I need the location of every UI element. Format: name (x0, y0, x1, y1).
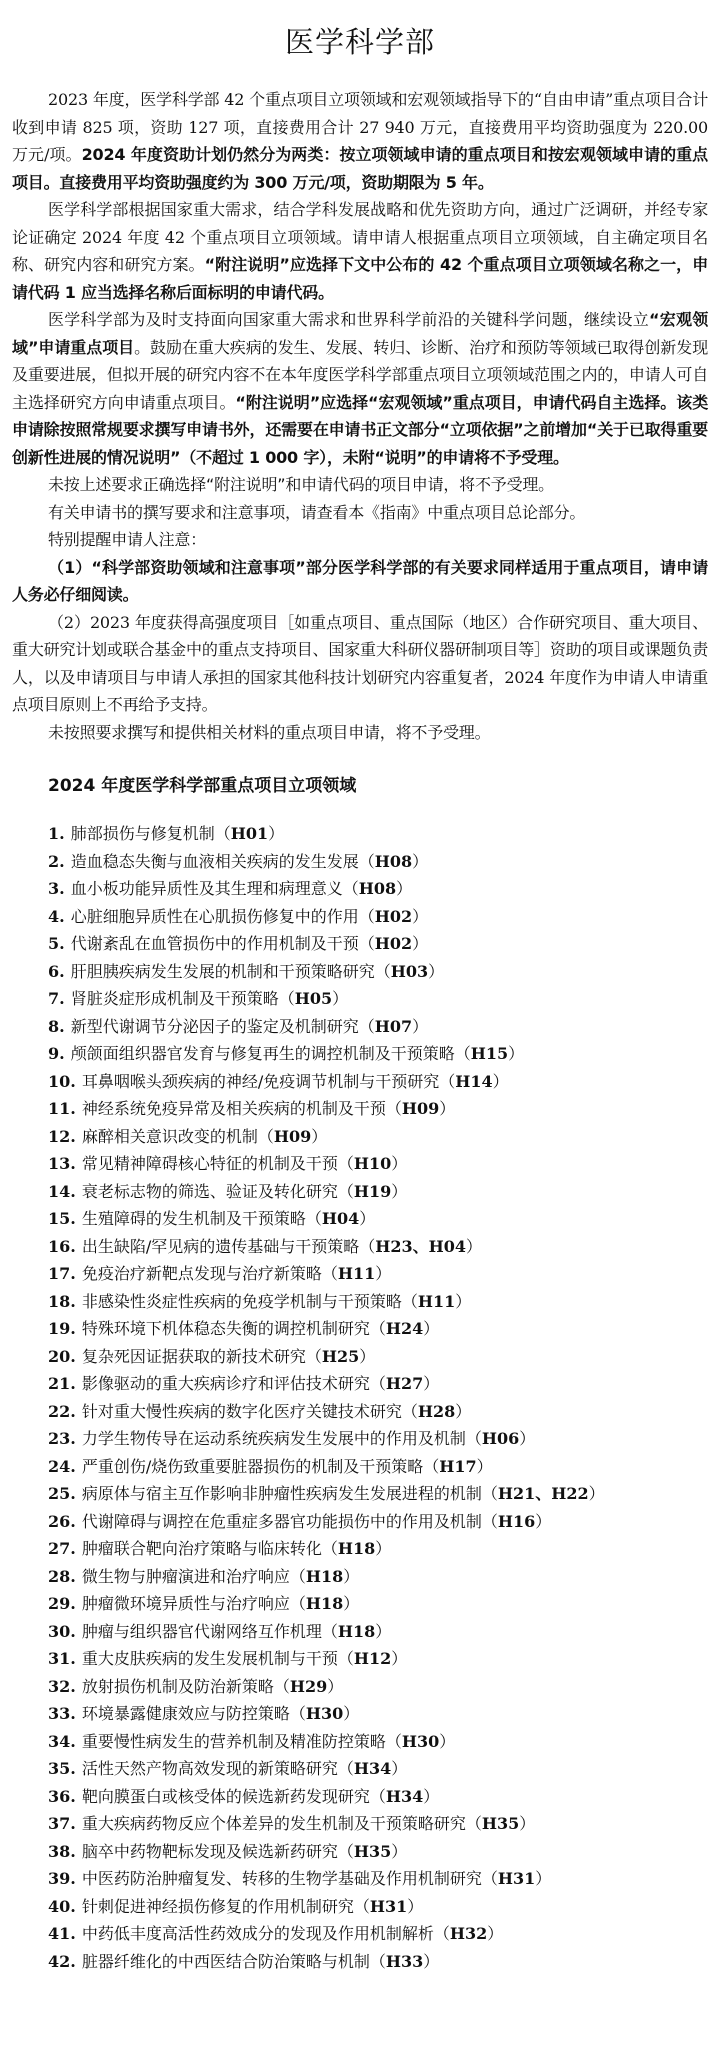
research-area-item: 26.代谢障碍与调控在危重症多器官功能损伤中的作用及机制（H16） (48, 1508, 708, 1536)
area-number: 38. (48, 1838, 76, 1866)
code-close-paren: ） (428, 962, 444, 981)
area-number: 22. (48, 1398, 76, 1426)
code-close-paren: ） (343, 1567, 359, 1586)
application-code: H28 (418, 1402, 455, 1421)
application-code: H34 (354, 1759, 391, 1778)
research-area-item: 19.特殊环境下机体稳态失衡的调控机制研究（H24） (48, 1315, 708, 1343)
application-code: H24 (386, 1319, 423, 1338)
application-code: H09 (402, 1099, 439, 1118)
reminder-item-1: （1）“科学部资助领域和注意事项”部分医学科学部的有关要求同样适用于重点项目，请… (12, 554, 708, 609)
code-close-paren: ） (391, 1182, 407, 1201)
code-open-paren: （ (258, 1127, 274, 1146)
code-open-paren: （ (482, 1484, 498, 1503)
application-code: H18 (338, 1622, 375, 1641)
area-name: 衰老标志物的筛选、验证及转化研究 (82, 1182, 338, 1201)
research-area-item: 27.肿瘤联合靶向治疗策略与临床转化（H18） (48, 1535, 708, 1563)
research-area-item: 4.心脏细胞异质性在心肌损伤修复中的作用（H02） (48, 903, 708, 931)
code-open-paren: （ (402, 1292, 418, 1311)
code-close-paren: ） (508, 1044, 524, 1063)
application-code: H21、H22 (498, 1484, 589, 1503)
notice-writing-requirements: 有关申请书的撰写要求和注意事项，请查看本《指南》中重点项目总论部分。 (12, 499, 708, 527)
area-number: 19. (48, 1315, 76, 1343)
area-name: 复杂死因证据获取的新技术研究 (82, 1347, 306, 1366)
research-area-item: 31.重大皮肤疾病的发生发展机制与干预（H12） (48, 1645, 708, 1673)
code-open-paren: （ (370, 1787, 386, 1806)
area-number: 5. (48, 930, 65, 958)
area-name: 血小板功能异质性及其生理和病理意义 (71, 879, 343, 898)
code-close-paren: ） (412, 907, 428, 926)
application-code: H18 (306, 1594, 343, 1613)
area-number: 23. (48, 1425, 76, 1453)
application-code: H11 (418, 1292, 455, 1311)
area-name: 出生缺陷/罕见病的遗传基础与干预策略 (82, 1237, 359, 1256)
application-code: H34 (386, 1787, 423, 1806)
code-close-paren: ） (455, 1402, 471, 1421)
area-name: 非感染性炎症性疾病的免疫学机制与干预策略 (82, 1292, 402, 1311)
area-number: 28. (48, 1563, 76, 1591)
area-name: 代谢紊乱在血管损伤中的作用机制及干预 (71, 934, 359, 953)
research-area-item: 14.衰老标志物的筛选、验证及转化研究（H19） (48, 1178, 708, 1206)
area-number: 24. (48, 1453, 76, 1481)
code-open-paren: （ (370, 1374, 386, 1393)
area-name: 特殊环境下机体稳态失衡的调控机制研究 (82, 1319, 370, 1338)
intro-paragraph-areas: 医学科学部根据国家重大需求，结合学科发展战略和优先资助方向，通过广泛调研，并经专… (12, 196, 708, 306)
area-number: 42. (48, 1948, 76, 1976)
code-close-paren: ） (535, 1869, 551, 1888)
area-number: 14. (48, 1178, 76, 1206)
code-close-paren: ） (535, 1512, 551, 1531)
code-close-paren: ） (423, 1374, 439, 1393)
code-open-paren: （ (338, 1649, 354, 1668)
area-name: 中药低丰度高活性药效成分的发现及作用机制解析 (82, 1924, 434, 1943)
code-open-paren: （ (338, 1759, 354, 1778)
intro-paragraph-funding-stats: 2023 年度，医学科学部 42 个重点项目立项领域和宏观领域指导下的“自由申请… (12, 86, 708, 196)
area-number: 8. (48, 1013, 65, 1041)
code-close-paren: ） (439, 1099, 455, 1118)
code-close-paren: ） (268, 824, 284, 843)
research-area-item: 15.生殖障碍的发生机制及干预策略（H04） (48, 1205, 708, 1233)
area-number: 37. (48, 1810, 76, 1838)
code-close-paren: ） (332, 989, 348, 1008)
code-close-paren: ） (375, 1539, 391, 1558)
code-close-paren: ） (396, 879, 412, 898)
research-area-item: 20.复杂死因证据获取的新技术研究（H25） (48, 1343, 708, 1371)
area-number: 34. (48, 1728, 76, 1756)
application-code: H05 (295, 989, 332, 1008)
code-open-paren: （ (370, 1319, 386, 1338)
code-open-paren: （ (354, 1897, 370, 1916)
area-number: 17. (48, 1260, 76, 1288)
area-name: 活性天然产物高效发现的新策略研究 (82, 1759, 338, 1778)
research-area-item: 3.血小板功能异质性及其生理和病理意义（H08） (48, 875, 708, 903)
code-close-paren: ） (311, 1127, 327, 1146)
code-close-paren: ） (412, 852, 428, 871)
research-area-item: 33.环境暴露健康效应与防控策略（H30） (48, 1700, 708, 1728)
code-open-paren: （ (439, 1072, 455, 1091)
area-name: 肾脏炎症形成机制及干预策略 (71, 989, 279, 1008)
research-area-item: 29.肿瘤微环境异质性与治疗响应（H18） (48, 1590, 708, 1618)
area-number: 9. (48, 1040, 65, 1068)
code-open-paren: （ (290, 1567, 306, 1586)
code-close-paren: ） (589, 1484, 605, 1503)
research-area-item: 30.肿瘤与组织器官代谢网络互作机理（H18） (48, 1618, 708, 1646)
area-number: 11. (48, 1095, 76, 1123)
area-number: 25. (48, 1480, 76, 1508)
code-open-paren: （ (402, 1402, 418, 1421)
application-code: H18 (338, 1539, 375, 1558)
area-number: 12. (48, 1123, 76, 1151)
area-number: 18. (48, 1288, 76, 1316)
research-area-item: 38.脑卒中药物靶标发现及候选新药研究（H35） (48, 1838, 708, 1866)
research-area-item: 6.肝胆胰疾病发生发展的机制和干预策略研究（H03） (48, 958, 708, 986)
code-open-paren: （ (290, 1704, 306, 1723)
final-notice: 未按照要求撰写和提供相关材料的重点项目申请，将不予受理。 (12, 719, 708, 747)
area-number: 10. (48, 1068, 76, 1096)
code-open-paren: （ (322, 1539, 338, 1558)
application-code: H30 (402, 1732, 439, 1751)
area-number: 41. (48, 1920, 76, 1948)
application-code: H35 (354, 1842, 391, 1861)
area-number: 29. (48, 1590, 76, 1618)
area-number: 32. (48, 1673, 76, 1701)
area-name: 病原体与宿主互作影响非肿瘤性疾病发生发展进程的机制 (82, 1484, 482, 1503)
research-area-item: 21.影像驱动的重大疾病诊疗和评估技术研究（H27） (48, 1370, 708, 1398)
research-area-item: 7.肾脏炎症形成机制及干预策略（H05） (48, 985, 708, 1013)
code-close-paren: ） (412, 1017, 428, 1036)
application-code: H10 (354, 1154, 391, 1173)
research-area-item: 36.靶向膜蛋白或核受体的候选新药发现研究（H34） (48, 1783, 708, 1811)
code-close-paren: ） (327, 1677, 343, 1696)
area-number: 16. (48, 1233, 76, 1261)
area-number: 13. (48, 1150, 76, 1178)
area-name: 中医药防治肿瘤复发、转移的生物学基础及作用机制研究 (82, 1869, 482, 1888)
code-open-paren: （ (359, 907, 375, 926)
application-code: H09 (274, 1127, 311, 1146)
research-area-item: 10.耳鼻咽喉头颈疾病的神经/免疫调节机制与干预研究（H14） (48, 1068, 708, 1096)
research-area-item: 8.新型代谢调节分泌因子的鉴定及机制研究（H07） (48, 1013, 708, 1041)
area-name: 脏器纤维化的中西医结合防治策略与机制 (82, 1952, 370, 1971)
research-area-item: 35.活性天然产物高效发现的新策略研究（H34） (48, 1755, 708, 1783)
area-number: 27. (48, 1535, 76, 1563)
application-code: H01 (231, 824, 268, 843)
code-open-paren: （ (306, 1347, 322, 1366)
funding-plan-2024-text: 2024 年度资助计划仍然分为两类：按立项领域申请的重点项目和按宏观领域申请的重… (12, 145, 708, 192)
macro-field-lead-text: 医学科学部为及时支持面向国家重大需求和世界科学前沿的关键科学问题，继续设立 (48, 310, 649, 329)
code-open-paren: （ (482, 1512, 498, 1531)
application-code: H33 (386, 1952, 423, 1971)
area-name: 耳鼻咽喉头颈疾病的神经/免疫调节机制与干预研究 (82, 1072, 439, 1091)
area-number: 15. (48, 1205, 76, 1233)
area-name: 常见精神障碍核心特征的机制及干预 (82, 1154, 338, 1173)
application-code: H08 (359, 879, 396, 898)
code-close-paren: ） (343, 1704, 359, 1723)
area-name: 肝胆胰疾病发生发展的机制和干预策略研究 (71, 962, 375, 981)
code-open-paren: （ (338, 1842, 354, 1861)
research-area-item: 5.代谢紊乱在血管损伤中的作用机制及干预（H02） (48, 930, 708, 958)
code-open-paren: （ (455, 1044, 471, 1063)
code-close-paren: ） (423, 1319, 439, 1338)
area-name: 心脏细胞异质性在心肌损伤修复中的作用 (71, 907, 359, 926)
area-name: 免疫治疗新靶点发现与治疗新策略 (82, 1264, 322, 1283)
area-name: 造血稳态失衡与血液相关疾病的发生发展 (71, 852, 359, 871)
area-number: 39. (48, 1865, 76, 1893)
code-close-paren: ） (519, 1429, 535, 1448)
document-page: 医学科学部 2023 年度，医学科学部 42 个重点项目立项领域和宏观领域指导下… (0, 0, 720, 2050)
application-code: H04 (322, 1209, 359, 1228)
area-number: 26. (48, 1508, 76, 1536)
application-code: H14 (455, 1072, 492, 1091)
application-code: H02 (375, 907, 412, 926)
application-code: H03 (391, 962, 428, 981)
application-code: H18 (306, 1567, 343, 1586)
research-area-item: 34.重要慢性病发生的营养机制及精准防控策略（H30） (48, 1728, 708, 1756)
application-code: H23、H04 (375, 1237, 466, 1256)
code-close-paren: ） (423, 1952, 439, 1971)
code-open-paren: （ (322, 1622, 338, 1641)
area-number: 7. (48, 985, 65, 1013)
area-name: 靶向膜蛋白或核受体的候选新药发现研究 (82, 1787, 370, 1806)
research-area-item: 25.病原体与宿主互作影响非肿瘤性疾病发生发展进程的机制（H21、H22） (48, 1480, 708, 1508)
code-open-paren: （ (482, 1869, 498, 1888)
application-code: H11 (338, 1264, 375, 1283)
code-open-paren: （ (359, 934, 375, 953)
area-name: 重大疾病药物反应个体差异的发生机制及干预策略研究 (82, 1814, 466, 1833)
code-open-paren: （ (306, 1209, 322, 1228)
code-close-paren: ） (493, 1072, 509, 1091)
area-number: 3. (48, 875, 65, 903)
notice-special-reminder: 特别提醒申请人注意： (12, 526, 708, 554)
area-number: 2. (48, 848, 65, 876)
code-open-paren: （ (370, 1952, 386, 1971)
area-name: 影像驱动的重大疾病诊疗和评估技术研究 (82, 1374, 370, 1393)
area-name: 微生物与肿瘤演进和治疗响应 (82, 1567, 290, 1586)
code-close-paren: ） (359, 1347, 375, 1366)
area-name: 肿瘤微环境异质性与治疗响应 (82, 1594, 290, 1613)
application-code: H15 (471, 1044, 508, 1063)
code-open-paren: （ (466, 1814, 482, 1833)
area-number: 4. (48, 903, 65, 931)
application-code: H17 (439, 1457, 476, 1476)
area-number: 6. (48, 958, 65, 986)
code-open-paren: （ (359, 852, 375, 871)
application-code: H02 (375, 934, 412, 953)
area-name: 严重创伤/烧伤致重要脏器损伤的机制及干预策略 (82, 1457, 423, 1476)
application-code: H30 (306, 1704, 343, 1723)
application-code: H08 (375, 852, 412, 871)
research-areas-list: 1.肺部损伤与修复机制（H01）2.造血稳态失衡与血液相关疾病的发生发展（H08… (48, 820, 708, 1975)
code-open-paren: （ (434, 1924, 450, 1943)
area-name: 代谢障碍与调控在危重症多器官功能损伤中的作用及机制 (82, 1512, 482, 1531)
area-number: 36. (48, 1783, 76, 1811)
application-code: H07 (375, 1017, 412, 1036)
research-area-item: 2.造血稳态失衡与血液相关疾病的发生发展（H08） (48, 848, 708, 876)
application-code: H31 (498, 1869, 535, 1888)
code-open-paren: （ (274, 1677, 290, 1696)
research-area-item: 23.力学生物传导在运动系统疾病发生发展中的作用及机制（H06） (48, 1425, 708, 1453)
page-title: 医学科学部 (12, 22, 708, 62)
area-name: 神经系统免疫异常及相关疾病的机制及干预 (82, 1099, 386, 1118)
code-open-paren: （ (338, 1154, 354, 1173)
reminder-item-2: （2）2023 年度获得高强度项目［如重点项目、重点国际（地区）合作研究项目、重… (12, 609, 708, 719)
code-close-paren: ） (487, 1924, 503, 1943)
code-close-paren: ） (391, 1842, 407, 1861)
area-name: 肿瘤与组织器官代谢网络互作机理 (82, 1622, 322, 1641)
code-close-paren: ） (391, 1759, 407, 1778)
research-area-item: 42.脏器纤维化的中西医结合防治策略与机制（H33） (48, 1948, 708, 1976)
area-name: 重要慢性病发生的营养机制及精准防控策略 (82, 1732, 386, 1751)
areas-section-heading: 2024 年度医学科学部重点项目立项领域 (48, 772, 708, 800)
research-area-item: 40.针刺促进神经损伤修复的作用机制研究（H31） (48, 1893, 708, 1921)
area-name: 新型代谢调节分泌因子的鉴定及机制研究 (71, 1017, 359, 1036)
application-code: H25 (322, 1347, 359, 1366)
notice-incorrect-selection: 未按上述要求正确选择“附注说明”和申请代码的项目申请，将不予受理。 (12, 471, 708, 499)
code-open-paren: （ (359, 1237, 375, 1256)
code-close-paren: ） (466, 1237, 482, 1256)
research-area-item: 41.中药低丰度高活性药效成分的发现及作用机制解析（H32） (48, 1920, 708, 1948)
code-open-paren: （ (466, 1429, 482, 1448)
area-name: 生殖障碍的发生机制及干预策略 (82, 1209, 306, 1228)
code-close-paren: ） (439, 1732, 455, 1751)
application-code: H31 (370, 1897, 407, 1916)
research-area-item: 13.常见精神障碍核心特征的机制及干预（H10） (48, 1150, 708, 1178)
research-area-item: 17.免疫治疗新靶点发现与治疗新策略（H11） (48, 1260, 708, 1288)
area-number: 1. (48, 820, 65, 848)
research-area-item: 22.针对重大慢性疾病的数字化医疗关键技术研究（H28） (48, 1398, 708, 1426)
code-close-paren: ） (423, 1787, 439, 1806)
code-close-paren: ） (375, 1264, 391, 1283)
area-number: 30. (48, 1618, 76, 1646)
area-number: 20. (48, 1343, 76, 1371)
area-name: 颅颌面组织器官发育与修复再生的调控机制及干预策略 (71, 1044, 455, 1063)
research-area-item: 1.肺部损伤与修复机制（H01） (48, 820, 708, 848)
area-name: 力学生物传导在运动系统疾病发生发展中的作用及机制 (82, 1429, 466, 1448)
application-code: H19 (354, 1182, 391, 1201)
area-number: 31. (48, 1645, 76, 1673)
code-open-paren: （ (386, 1732, 402, 1751)
code-close-paren: ） (455, 1292, 471, 1311)
code-close-paren: ） (477, 1457, 493, 1476)
application-code: H29 (290, 1677, 327, 1696)
code-close-paren: ） (412, 934, 428, 953)
area-name: 脑卒中药物靶标发现及候选新药研究 (82, 1842, 338, 1861)
research-area-item: 18.非感染性炎症性疾病的免疫学机制与干预策略（H11） (48, 1288, 708, 1316)
research-area-item: 16.出生缺陷/罕见病的遗传基础与干预策略（H23、H04） (48, 1233, 708, 1261)
research-area-item: 39.中医药防治肿瘤复发、转移的生物学基础及作用机制研究（H31） (48, 1865, 708, 1893)
application-code: H16 (498, 1512, 535, 1531)
code-open-paren: （ (322, 1264, 338, 1283)
area-number: 33. (48, 1700, 76, 1728)
research-area-item: 9.颅颌面组织器官发育与修复再生的调控机制及干预策略（H15） (48, 1040, 708, 1068)
code-open-paren: （ (343, 879, 359, 898)
research-area-item: 37.重大疾病药物反应个体差异的发生机制及干预策略研究（H35） (48, 1810, 708, 1838)
code-open-paren: （ (386, 1099, 402, 1118)
research-area-item: 11.神经系统免疫异常及相关疾病的机制及干预（H09） (48, 1095, 708, 1123)
area-name: 环境暴露健康效应与防控策略 (82, 1704, 290, 1723)
area-number: 21. (48, 1370, 76, 1398)
code-close-paren: ） (359, 1209, 375, 1228)
application-code: H06 (482, 1429, 519, 1448)
application-code: H12 (354, 1649, 391, 1668)
code-open-paren: （ (290, 1594, 306, 1613)
code-close-paren: ） (343, 1594, 359, 1613)
code-open-paren: （ (423, 1457, 439, 1476)
research-area-item: 24.严重创伤/烧伤致重要脏器损伤的机制及干预策略（H17） (48, 1453, 708, 1481)
area-number: 40. (48, 1893, 76, 1921)
research-area-item: 28.微生物与肿瘤演进和治疗响应（H18） (48, 1563, 708, 1591)
code-close-paren: ） (391, 1154, 407, 1173)
area-name: 针对重大慢性疾病的数字化医疗关键技术研究 (82, 1402, 402, 1421)
area-name: 放射损伤机制及防治新策略 (82, 1677, 274, 1696)
area-name: 肿瘤联合靶向治疗策略与临床转化 (82, 1539, 322, 1558)
code-open-paren: （ (338, 1182, 354, 1201)
area-name: 重大皮肤疾病的发生发展机制与干预 (82, 1649, 338, 1668)
code-open-paren: （ (215, 824, 231, 843)
research-area-item: 12.麻醉相关意识改变的机制（H09） (48, 1123, 708, 1151)
code-open-paren: （ (375, 962, 391, 981)
code-open-paren: （ (359, 1017, 375, 1036)
research-area-item: 32.放射损伤机制及防治新策略（H29） (48, 1673, 708, 1701)
area-name: 针刺促进神经损伤修复的作用机制研究 (82, 1897, 354, 1916)
code-open-paren: （ (279, 989, 295, 1008)
code-close-paren: ） (391, 1649, 407, 1668)
code-close-paren: ） (407, 1897, 423, 1916)
area-name: 肺部损伤与修复机制 (71, 824, 215, 843)
area-number: 35. (48, 1755, 76, 1783)
code-close-paren: ） (519, 1814, 535, 1833)
application-code: H32 (450, 1924, 487, 1943)
intro-paragraph-macro-field: 医学科学部为及时支持面向国家重大需求和世界科学前沿的关键科学问题，继续设立“宏观… (12, 306, 708, 471)
application-code: H27 (386, 1374, 423, 1393)
code-close-paren: ） (375, 1622, 391, 1641)
application-code: H35 (482, 1814, 519, 1833)
area-name: 麻醉相关意识改变的机制 (82, 1127, 258, 1146)
